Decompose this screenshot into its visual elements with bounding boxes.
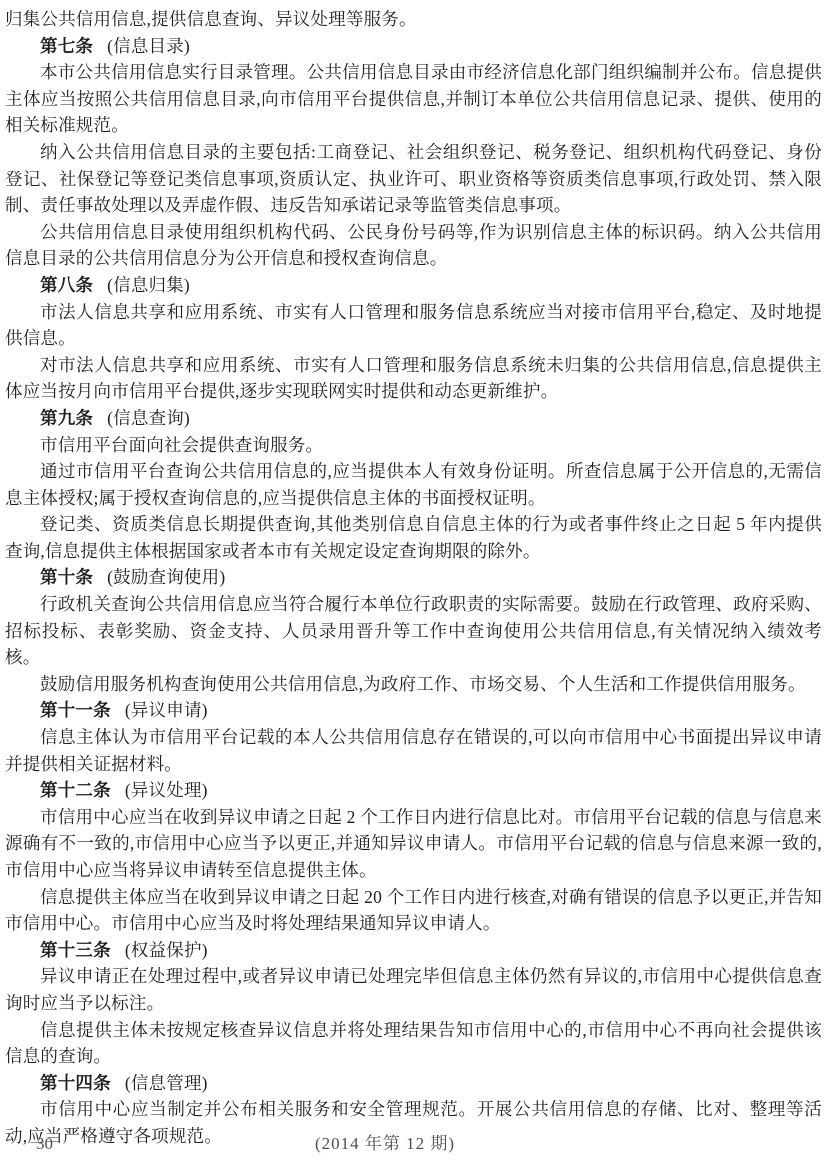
article-title: (鼓励查询使用) (107, 567, 225, 587)
article-heading: 第十三条(权益保护) (5, 937, 822, 964)
article-title: (信息查询) (107, 408, 190, 428)
scanned-document-page: 归集公共信用信息,提供信息查询、异议处理等服务。第七条(信息目录)本市公共信用信… (0, 0, 827, 1170)
article-number: 第八条 (40, 275, 93, 295)
paragraph: 登记类、资质类信息长期提供查询,其他类别信息自信息主体的行为或者事件终止之日起 … (5, 511, 822, 564)
document-content: 归集公共信用信息,提供信息查询、异议处理等服务。第七条(信息目录)本市公共信用信… (5, 6, 822, 1150)
paragraph: 鼓励信用服务机构查询使用公共信用信息,为政府工作、市场交易、个人生活和工作提供信… (5, 671, 822, 698)
article-number: 第十四条 (40, 1073, 111, 1093)
article-number: 第十一条 (40, 700, 111, 720)
article-number: 第九条 (40, 408, 93, 428)
article-heading: 第十二条(异议处理) (5, 777, 822, 804)
issue-label: (2014 年第 12 期) (315, 1130, 455, 1158)
article-title: (权益保护) (125, 940, 208, 960)
article-number: 第十二条 (40, 780, 111, 800)
article-heading: 第八条(信息归集) (5, 272, 822, 299)
paragraph: 异议申请正在处理过程中,或者异议申请已处理完毕但信息主体仍然有异议的,市信用中心… (5, 963, 822, 1016)
article-heading: 第十一条(异议申请) (5, 697, 822, 724)
article-title: (信息目录) (107, 36, 190, 56)
paragraph-continuation: 归集公共信用信息,提供信息查询、异议处理等服务。 (5, 6, 822, 33)
article-title: (信息管理) (125, 1073, 208, 1093)
article-title: (异议处理) (125, 780, 208, 800)
paragraph: 市法人信息共享和应用系统、市实有人口管理和服务信息系统应当对接市信用平台,稳定、… (5, 299, 822, 352)
page-number: 30 (36, 1130, 53, 1158)
paragraph: 通过市信用平台查询公共信用信息的,应当提供本人有效身份证明。所查信息属于公开信息… (5, 458, 822, 511)
article-title: (异议申请) (125, 700, 208, 720)
article-number: 第十条 (40, 567, 93, 587)
paragraph: 信息提供主体应当在收到异议申请之日起 20 个工作日内进行核查,对确有错误的信息… (5, 884, 822, 937)
paragraph: 对市法人信息共享和应用系统、市实有人口管理和服务信息系统未归集的公共信用信息,信… (5, 352, 822, 405)
paragraph: 市信用平台面向社会提供查询服务。 (5, 432, 822, 459)
paragraph: 公共信用信息目录使用组织机构代码、公民身份号码等,作为识别信息主体的标识码。纳入… (5, 219, 822, 272)
article-number: 第十三条 (40, 940, 111, 960)
article-title: (信息归集) (107, 275, 190, 295)
article-heading: 第九条(信息查询) (5, 405, 822, 432)
article-heading: 第十四条(信息管理) (5, 1070, 822, 1097)
paragraph: 行政机关查询公共信用信息应当符合履行本单位行政职责的实际需要。鼓励在行政管理、政… (5, 591, 822, 671)
paragraph: 本市公共信用信息实行目录管理。公共信用信息目录由市经济信息化部门组织编制并公布。… (5, 59, 822, 139)
article-number: 第七条 (40, 36, 93, 56)
page-footer: 30 (2014 年第 12 期) (0, 1130, 827, 1158)
article-heading: 第十条(鼓励查询使用) (5, 564, 822, 591)
paragraph: 信息提供主体未按规定核查异议信息并将处理结果告知市信用中心的,市信用中心不再向社… (5, 1017, 822, 1070)
paragraph: 市信用中心应当在收到异议申请之日起 2 个工作日内进行信息比对。市信用平台记载的… (5, 804, 822, 884)
paragraph: 信息主体认为市信用平台记载的本人公共信用信息存在错误的,可以向市信用中心书面提出… (5, 724, 822, 777)
article-heading: 第七条(信息目录) (5, 33, 822, 60)
paragraph: 纳入公共信用信息目录的主要包括:工商登记、社会组织登记、税务登记、组织机构代码登… (5, 139, 822, 219)
